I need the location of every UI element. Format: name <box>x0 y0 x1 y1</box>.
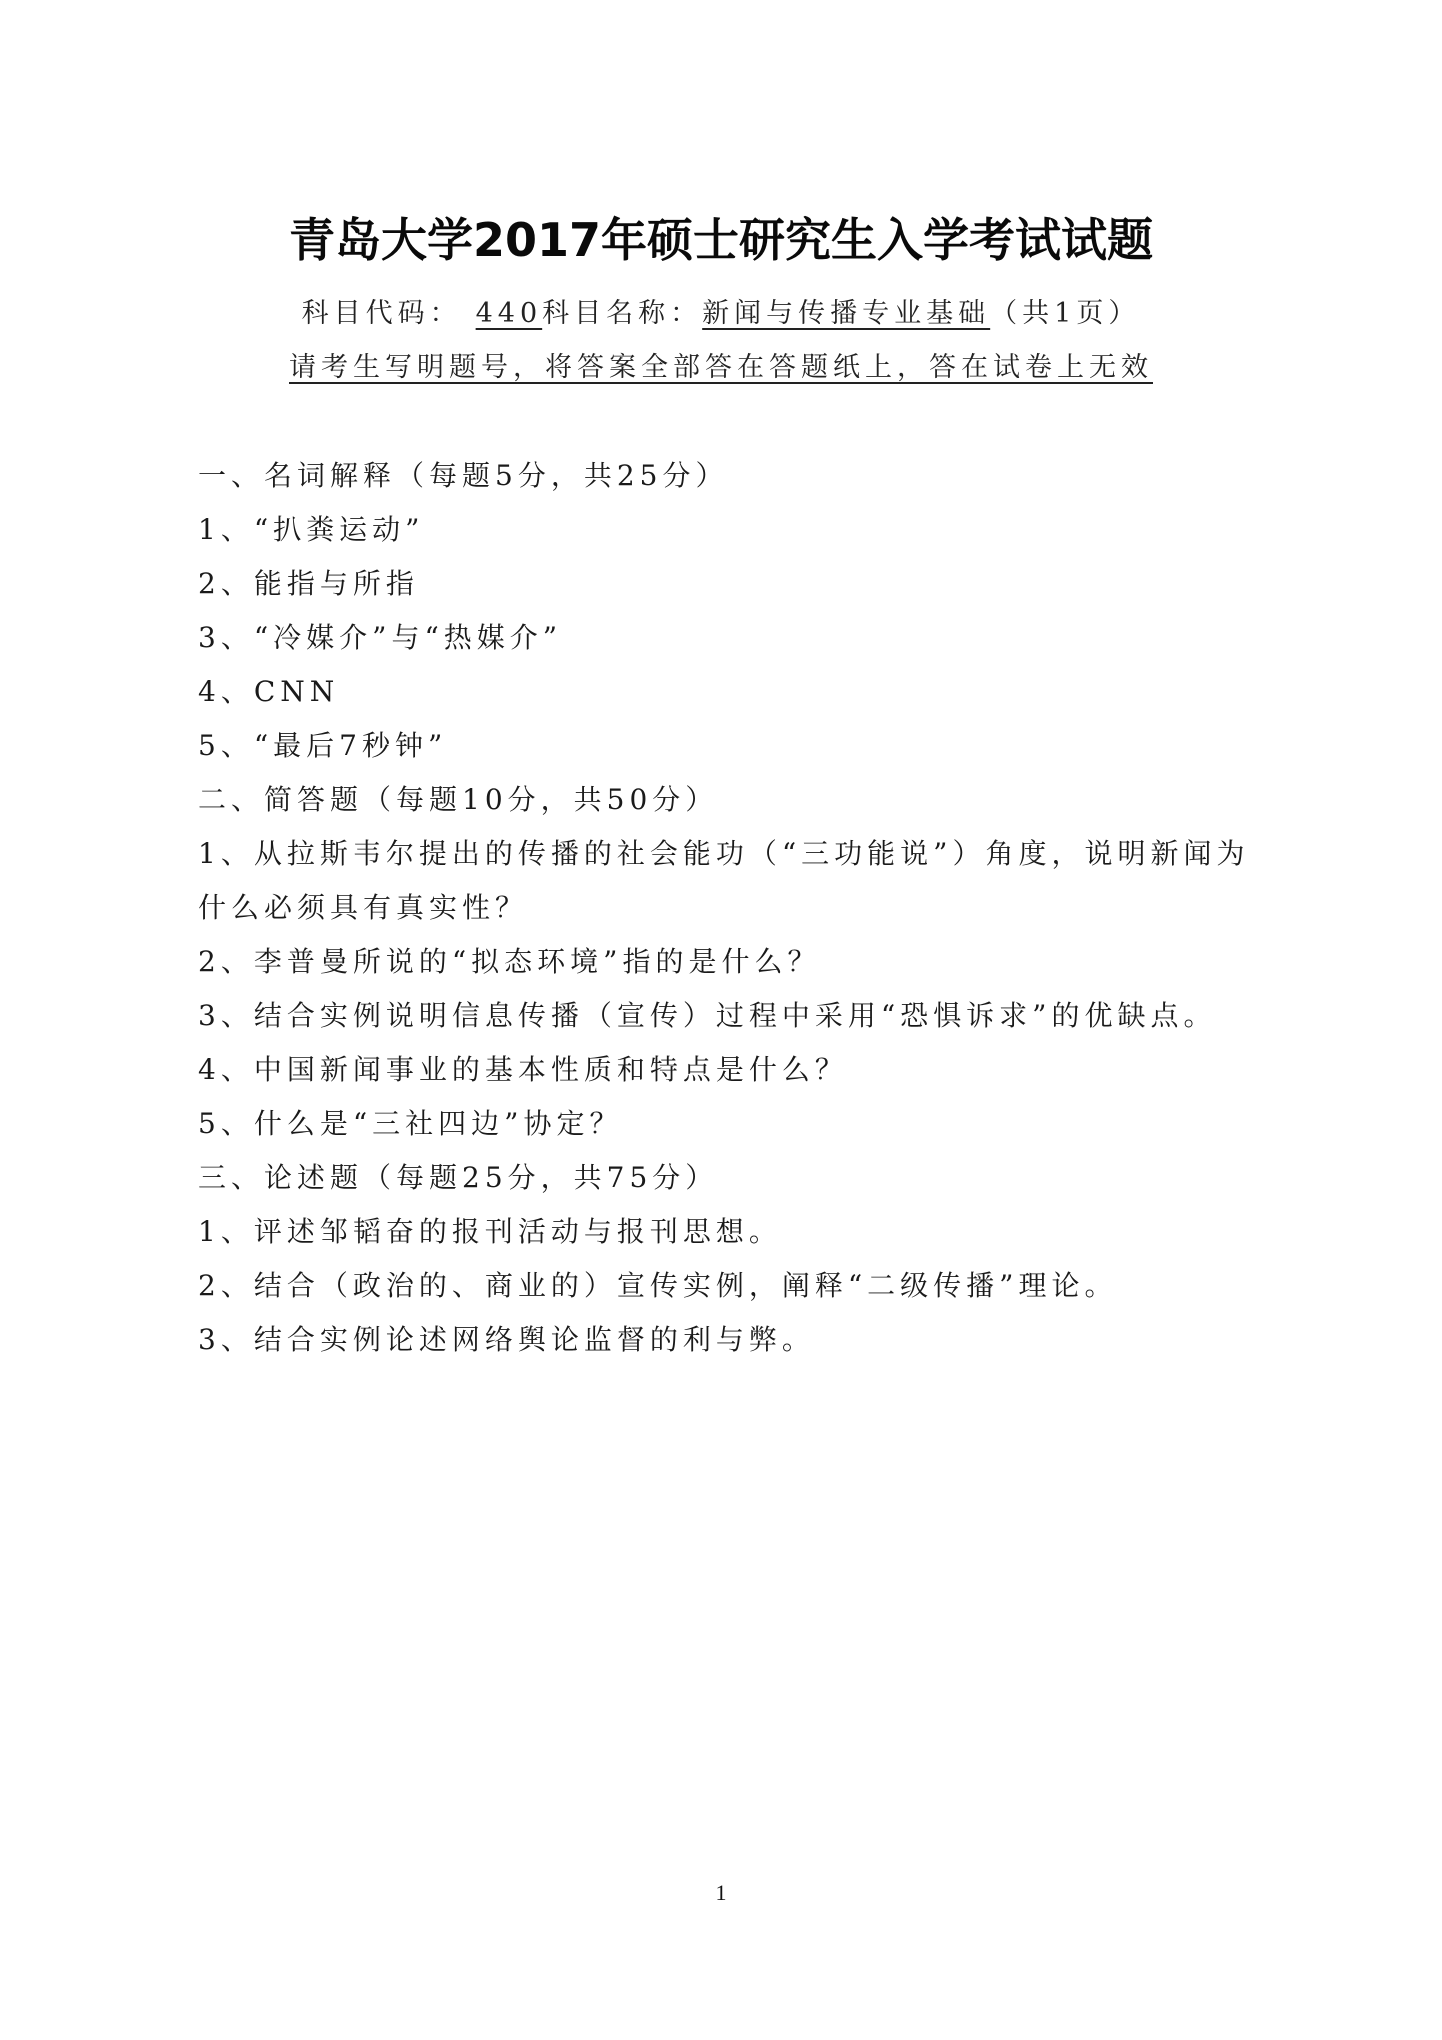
subject-name-value: 新闻与传播专业基础 <box>702 298 990 329</box>
question-item: 1、评述邹韬奋的报刊活动与报刊思想。 <box>198 1205 1298 1259</box>
exam-title: 青岛大学2017年硕士研究生入学考试试题 <box>0 208 1442 272</box>
question-item: 3、“冷媒介”与“热媒介” <box>198 611 1298 665</box>
question-item: 3、结合实例论述网络舆论监督的利与弊。 <box>198 1313 1298 1367</box>
subject-info-line: 科目代码：440科目名称：新闻与传播专业基础（共1页） <box>0 292 1442 336</box>
section-heading: 三、论述题（每题25分，共75分） <box>198 1151 1298 1205</box>
exam-page: 青岛大学2017年硕士研究生入学考试试题 科目代码：440科目名称：新闻与传播专… <box>0 0 1442 2040</box>
exam-questions: 一、名词解释（每题5分，共25分） 1、“扒粪运动” 2、能指与所指 3、“冷媒… <box>198 449 1298 1367</box>
question-item: 3、结合实例说明信息传播（宣传）过程中采用“恐惧诉求”的优缺点。 <box>198 989 1298 1043</box>
page-number: 1 <box>0 1878 1442 1908</box>
question-item: 5、“最后7秒钟” <box>198 719 1298 773</box>
instruction-text: 请考生写明题号，将答案全部答在答题纸上，答在试卷上无效 <box>289 352 1153 383</box>
subject-code-label: 科目代码： <box>302 298 462 329</box>
section-heading: 一、名词解释（每题5分，共25分） <box>198 449 1298 503</box>
subject-name-label: 科目名称： <box>542 298 702 329</box>
question-item: 4、CNN <box>198 665 1298 719</box>
instruction-line: 请考生写明题号，将答案全部答在答题纸上，答在试卷上无效 <box>0 346 1442 390</box>
question-item: 2、能指与所指 <box>198 557 1298 611</box>
subject-code-value: 440 <box>462 292 543 336</box>
question-item-continuation: 什么必须具有真实性？ <box>198 881 1298 935</box>
question-item: 1、“扒粪运动” <box>198 503 1298 557</box>
question-item: 2、李普曼所说的“拟态环境”指的是什么？ <box>198 935 1298 989</box>
question-item: 4、中国新闻事业的基本性质和特点是什么？ <box>198 1043 1298 1097</box>
question-item: 5、什么是“三社四边”协定？ <box>198 1097 1298 1151</box>
question-item: 1、从拉斯韦尔提出的传播的社会能功（“三功能说”）角度，说明新闻为 <box>198 827 1298 881</box>
question-item: 2、结合（政治的、商业的）宣传实例，阐释“二级传播”理论。 <box>198 1259 1298 1313</box>
page-count-note: （共1页） <box>990 298 1140 329</box>
section-heading: 二、简答题（每题10分，共50分） <box>198 773 1298 827</box>
